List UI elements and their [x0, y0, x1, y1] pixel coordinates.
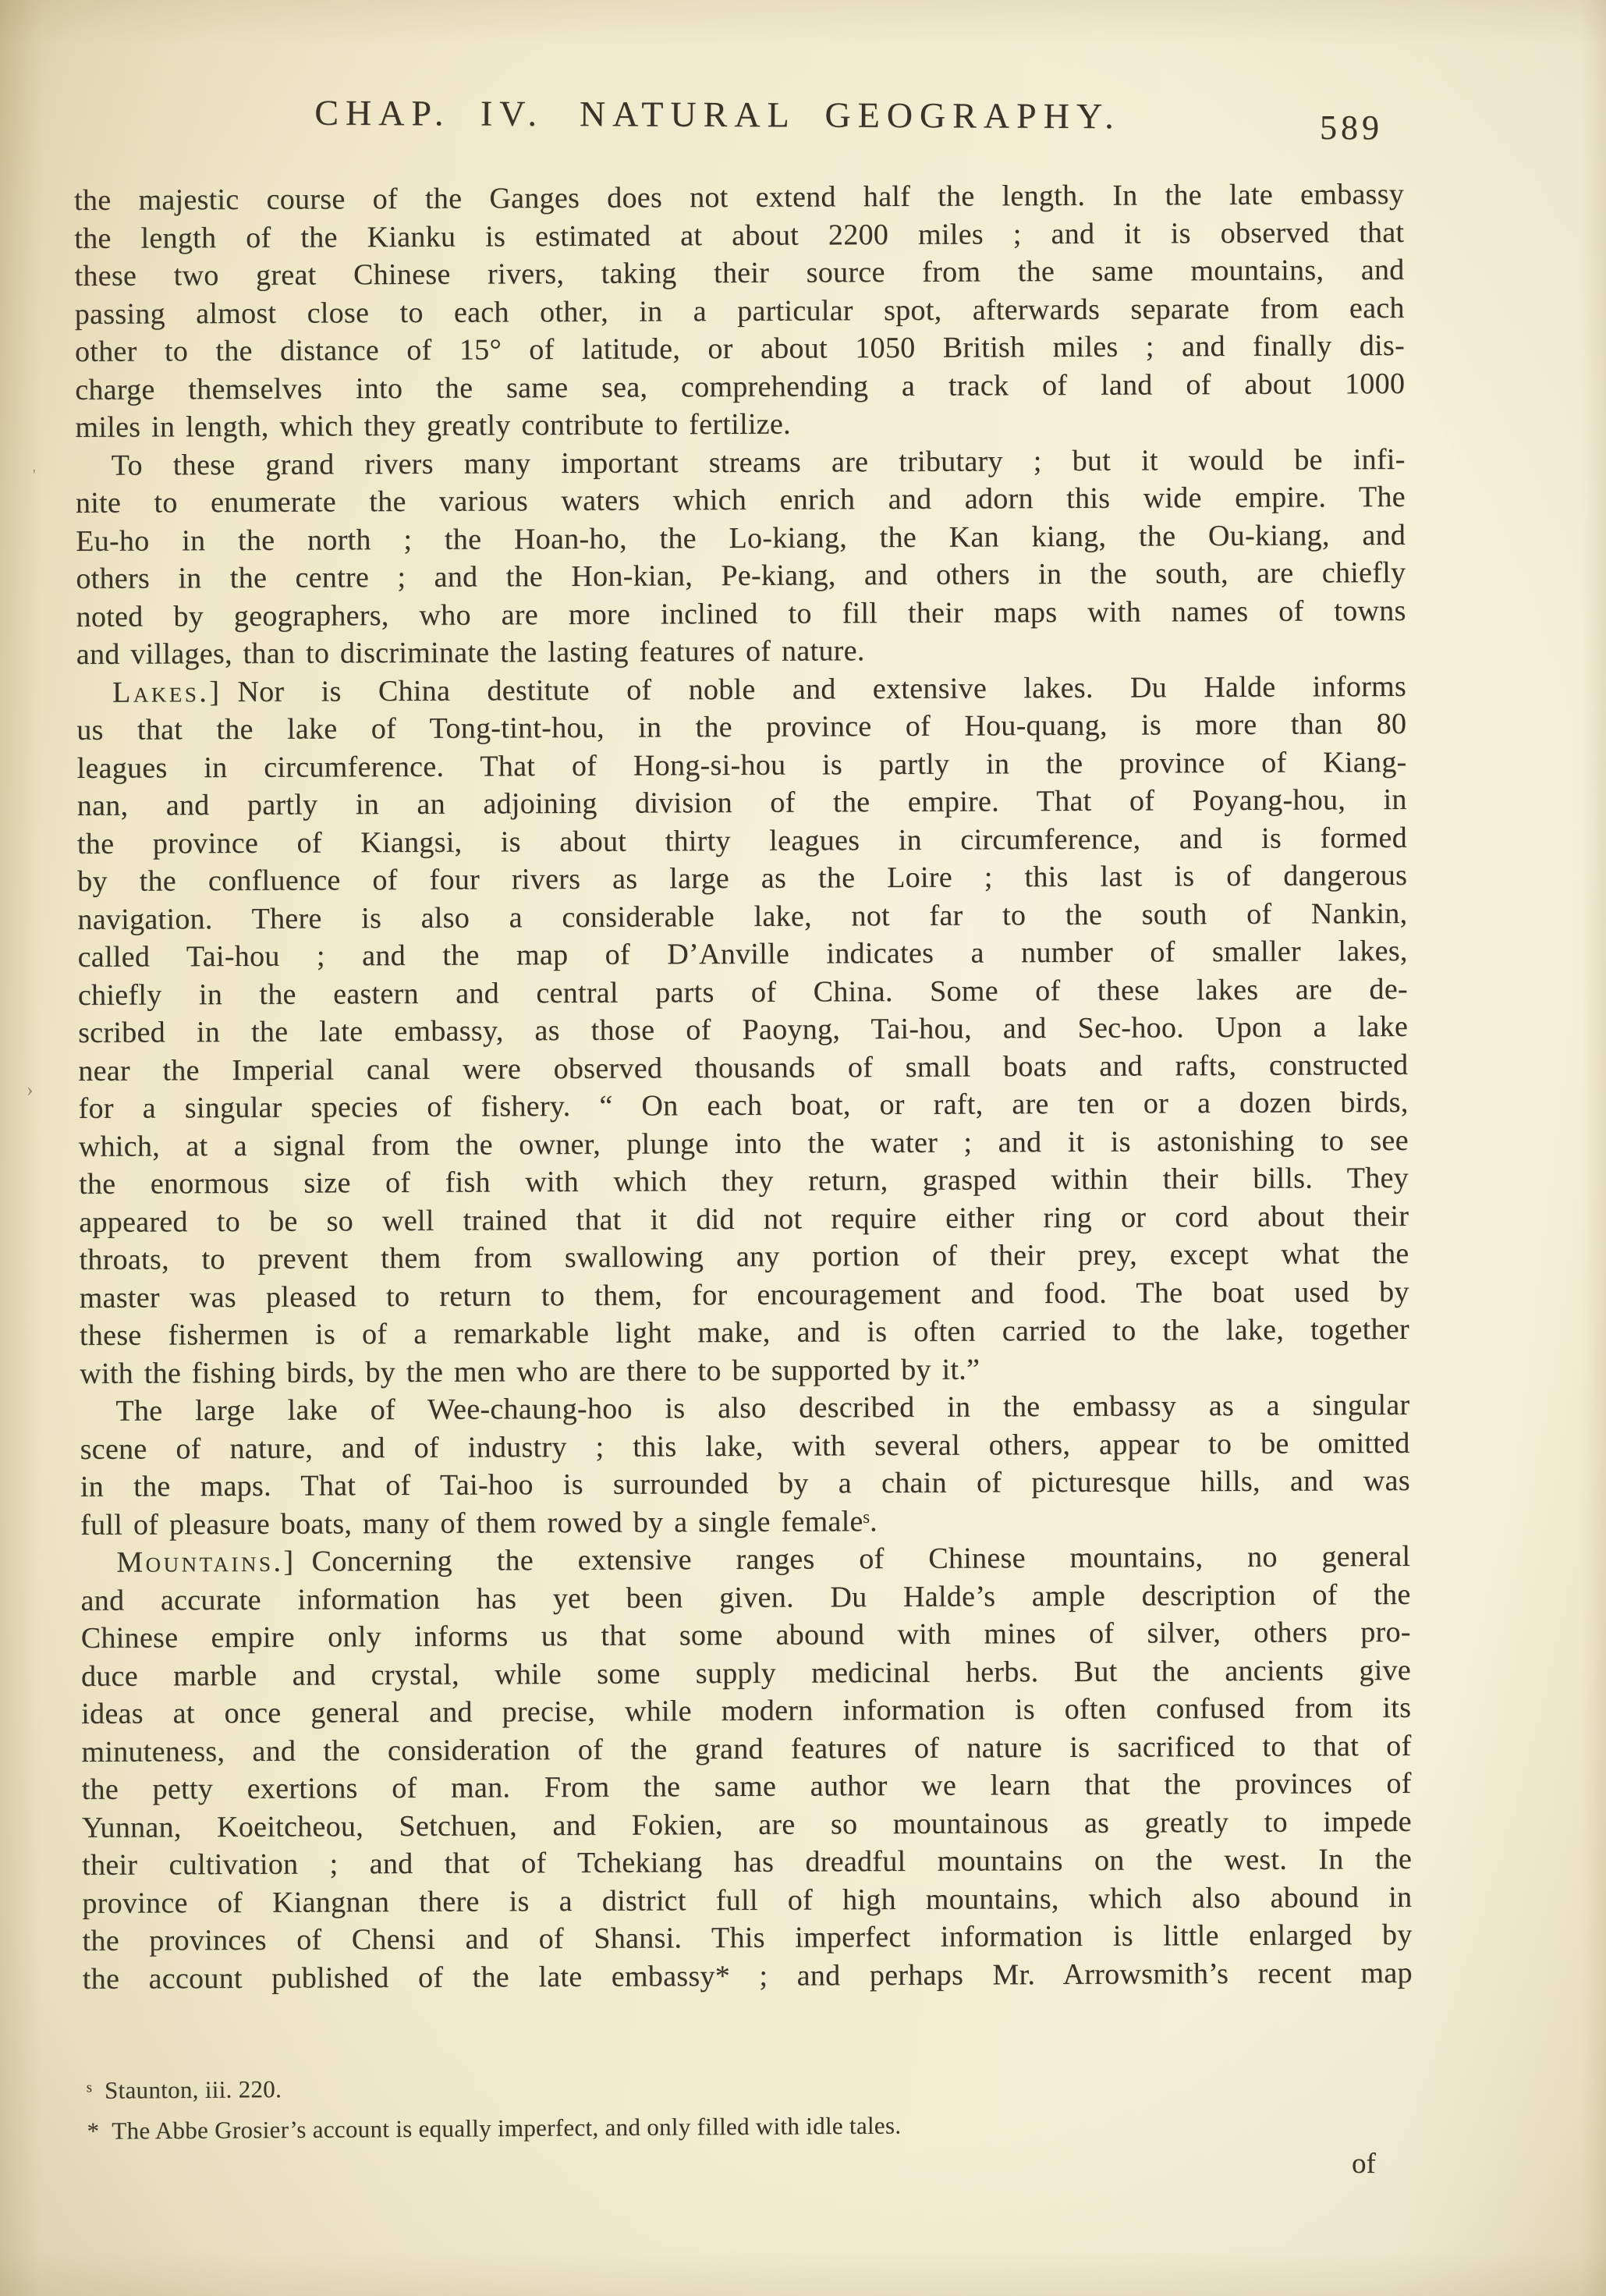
text-line: nite to enumerate the various waters whi…: [76, 478, 1406, 523]
text-line: scribed in the late embassy, as those of…: [78, 1008, 1408, 1052]
footnote-line: *The Abbe Grosier’s account is equally i…: [74, 2102, 1404, 2152]
text-line: master was pleased to return to them, fo…: [80, 1272, 1409, 1317]
page-header: CHAP. IV.NATURAL GEOGRAPHY.: [55, 90, 1381, 137]
text-line: miles in length, which they greatly cont…: [75, 403, 1405, 447]
section-heading-mountains: Mountains.]: [116, 1545, 296, 1579]
text-line: us that the lake of Tong-tint-hou, in th…: [76, 705, 1406, 750]
text-line: for a singular species of fishery. “ On …: [78, 1084, 1408, 1128]
text-line: charge themselves into the same sea, com…: [75, 364, 1405, 409]
text-line: the majestic course of the Ganges does n…: [74, 176, 1404, 220]
section-heading-lakes: Lakes.]: [112, 676, 222, 709]
page-title: NATURAL GEOGRAPHY.: [580, 94, 1121, 136]
text-line: the petty exertions of man. From the sam…: [82, 1765, 1412, 1809]
text-line: chiefly in the eastern and central parts…: [78, 970, 1408, 1014]
text-line: The large lake of Wee-chaung-hoo is also…: [80, 1386, 1409, 1431]
text-line: Eu-ho in the north ; the Hoan-ho, the Lo…: [76, 516, 1406, 560]
text-line: navigation. There is also a considerable…: [77, 894, 1407, 939]
text-line: nan, and partly in an adjoining division…: [77, 781, 1407, 825]
text-line: Nor is China destitute of noble and exte…: [237, 669, 1406, 708]
text-line: ideas at once general and precise, while…: [81, 1689, 1411, 1734]
text-line: other to the distance of 15° of latitude…: [75, 327, 1405, 371]
text-line: the province of Kiangsi, is about thirty…: [77, 818, 1407, 863]
paragraph: Lakes.]Nor is China destitute of noble a…: [76, 667, 1409, 1393]
text-line: leagues in circumference. That of Hong-s…: [76, 743, 1406, 787]
text-line: throats, to prevent them from swallowing…: [79, 1235, 1409, 1279]
text-line: these two great Chinese rivers, taking t…: [74, 251, 1404, 296]
chapter-label: CHAP. IV.: [314, 93, 544, 133]
text-line: the provinces of Chensi and of Shansi. T…: [83, 1916, 1413, 1961]
text-line: in the maps. That of Tai-hoo is surround…: [80, 1462, 1410, 1506]
page-number: 589: [1320, 108, 1413, 147]
text-line: which, at a signal from the owner, plung…: [79, 1121, 1409, 1166]
text-line: the enormous size of fish with which the…: [79, 1159, 1409, 1204]
paragraph: To these grand rivers many important str…: [76, 440, 1406, 673]
footnote-marker: ˢ: [87, 2077, 92, 2104]
text-line: the account published of the late embass…: [83, 1954, 1413, 1998]
text-line: these fishermen is of a remarkable light…: [80, 1311, 1409, 1355]
text-line: and villages, than to discriminate the l…: [76, 630, 1406, 674]
text-line: by the confluence of four rivers as larg…: [77, 857, 1407, 901]
paragraph: the majestic course of the Ganges does n…: [74, 176, 1406, 447]
text-line: and accurate information has yet been gi…: [80, 1575, 1410, 1620]
text-line: others in the centre ; and the Hon-kian,…: [76, 554, 1406, 598]
text-line: Mountains.]Concerning the extensive rang…: [80, 1538, 1410, 1582]
text-line: Chinese empire only informs us that some…: [81, 1613, 1411, 1658]
text-line: their cultivation ; and that of Tchekian…: [82, 1840, 1412, 1885]
text-line: Concerning the extensive ranges of Chine…: [312, 1540, 1411, 1578]
catchword: of: [1352, 2147, 1376, 2181]
text-line: near the Imperial canal were observed th…: [78, 1045, 1408, 1090]
text-line: duce marble and crystal, while some supp…: [81, 1651, 1411, 1695]
text-line: with the fishing birds, by the men who a…: [80, 1348, 1409, 1393]
paragraph: Mountains.]Concerning the extensive rang…: [80, 1538, 1413, 1998]
text-line: passing almost close to each other, in a…: [75, 289, 1405, 333]
text-line: scene of nature, and of industry ; this …: [80, 1424, 1410, 1468]
ink-speck: ›: [27, 1078, 34, 1102]
footnote-text: The Abbe Grosier’s account is equally im…: [112, 2112, 901, 2145]
footnotes: ˢStaunton, iii. 220. *The Abbe Grosier’s…: [74, 2061, 1405, 2152]
text-line: Lakes.]Nor is China destitute of noble a…: [76, 667, 1406, 712]
text-line: called Tai-hou ; and the map of D’Anvill…: [78, 932, 1408, 977]
paragraph: The large lake of Wee-chaung-hoo is also…: [80, 1386, 1410, 1544]
footnote-text: Staunton, iii. 220.: [105, 2075, 282, 2104]
text-line: Yunnan, Koeitcheou, Setchuen, and Fokien…: [82, 1802, 1412, 1847]
text-line: full of pleasure boats, many of them row…: [80, 1499, 1410, 1544]
ink-speck: ': [33, 467, 36, 484]
body-text: the majestic course of the Ganges does n…: [74, 176, 1413, 1998]
text-line: minuteness, and the consideration of the…: [81, 1726, 1411, 1771]
book-page-scan: CHAP. IV.NATURAL GEOGRAPHY. 589 the maje…: [0, 0, 1606, 2296]
text-line: the length of the Kianku is estimated at…: [74, 213, 1404, 257]
text-line: appeared to be so well trained that it d…: [79, 1197, 1409, 1241]
text-line: noted by geographers, who are more incli…: [76, 591, 1406, 636]
footnote-marker: *: [87, 2117, 99, 2145]
text-line: To these grand rivers many important str…: [76, 440, 1406, 484]
text-line: province of Kiangnan there is a district…: [82, 1878, 1412, 1922]
